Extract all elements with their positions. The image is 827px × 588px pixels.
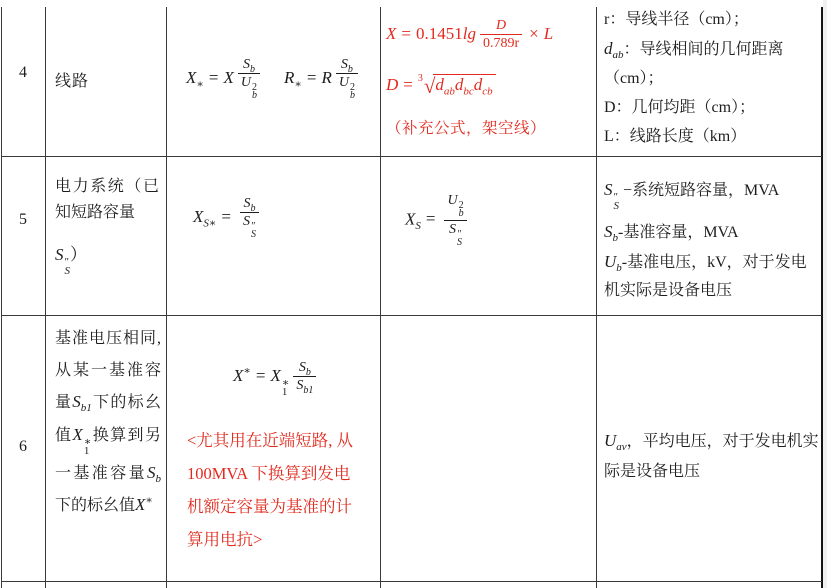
note-gmd: D：几何均距（cm）； <box>604 93 822 122</box>
formula-base-conversion: X∗=X∗1SbSb1 <box>233 360 318 398</box>
formula-system-reactance-pu: XS∗=SbS″S <box>193 196 261 240</box>
supplement-caption: （补充公式，架空线） <box>386 116 594 138</box>
table-line-col1 <box>45 7 46 588</box>
formula-reactance-geometry: X=0.1451lgD0.789r×L <box>386 18 594 52</box>
note-short-circuit-capacity: S″S −系统短路容量，MVA <box>604 173 822 212</box>
note-phase-distance-unit: （cm）； <box>604 64 822 93</box>
symbol-system-short-circuit-capacity: S″S） <box>55 242 159 277</box>
formula-line-reactance-pu: X∗=XSbU2b <box>186 57 262 101</box>
document-page: 4 线路 X∗=XSbU2b R∗=RSbU2b X=0.1451lgD0.78… <box>0 0 827 588</box>
note-base-capacity: Sb-基准容量，MVA <box>604 216 822 248</box>
row5-notes-cell: S″S −系统短路容量，MVA Sb-基准容量，MVA Ub-基准电压，kV，对… <box>604 173 822 305</box>
row6-note-cell: Uav，平均电压，对于发电机实际是设备电压 <box>604 426 822 487</box>
formula-geometric-mean-distance: D=3√dabdbcdcb <box>386 73 594 99</box>
table-line-col4 <box>596 7 597 588</box>
row6-name: 基准电压相同, 从某一基准容量Sb1下的标幺值X∗1换算到另一基准容量Sb下的标… <box>55 323 161 522</box>
row6-number: 6 <box>1 438 45 456</box>
page-edge <box>823 0 827 588</box>
table-border-left <box>1 7 2 588</box>
table-line-row5-6 <box>1 315 822 316</box>
formula-system-reactance-ohm: XS=U2bS″S <box>405 193 469 248</box>
row6-red-remark: <尤其用在近端短路, 从 100MVA 下换算到发电 机额定容量为基准的计 算用… <box>187 424 385 556</box>
note-phase-distance: dab：导线相间的几何距离 <box>604 34 822 64</box>
note-length: L：线路长度（km） <box>604 122 822 151</box>
row5-number: 5 <box>1 211 45 229</box>
table-line-row4-5 <box>1 156 822 157</box>
row4-notes-cell: r：导线半径（cm）； dab：导线相间的几何距离 （cm）； D：几何均距（c… <box>604 5 822 151</box>
note-radius: r：导线半径（cm）； <box>604 5 822 34</box>
table-line-row6-end <box>1 581 822 582</box>
row4-number: 4 <box>1 64 45 82</box>
row4-supplement-cell: X=0.1451lgD0.789r×L D=3√dabdbcdcb （补充公式，… <box>386 18 594 138</box>
row5-name: 电力系统（已知短路容量 S″S） <box>55 174 159 277</box>
row4-name: 线路 <box>55 68 89 91</box>
formula-line-resistance-pu: R∗=RSbU2b <box>284 57 360 101</box>
note-base-voltage: Ub-基准电压，kV，对于发电机实际是设备电压 <box>604 248 822 305</box>
row4-formula-cell: X∗=XSbU2b R∗=RSbU2b <box>167 46 379 112</box>
